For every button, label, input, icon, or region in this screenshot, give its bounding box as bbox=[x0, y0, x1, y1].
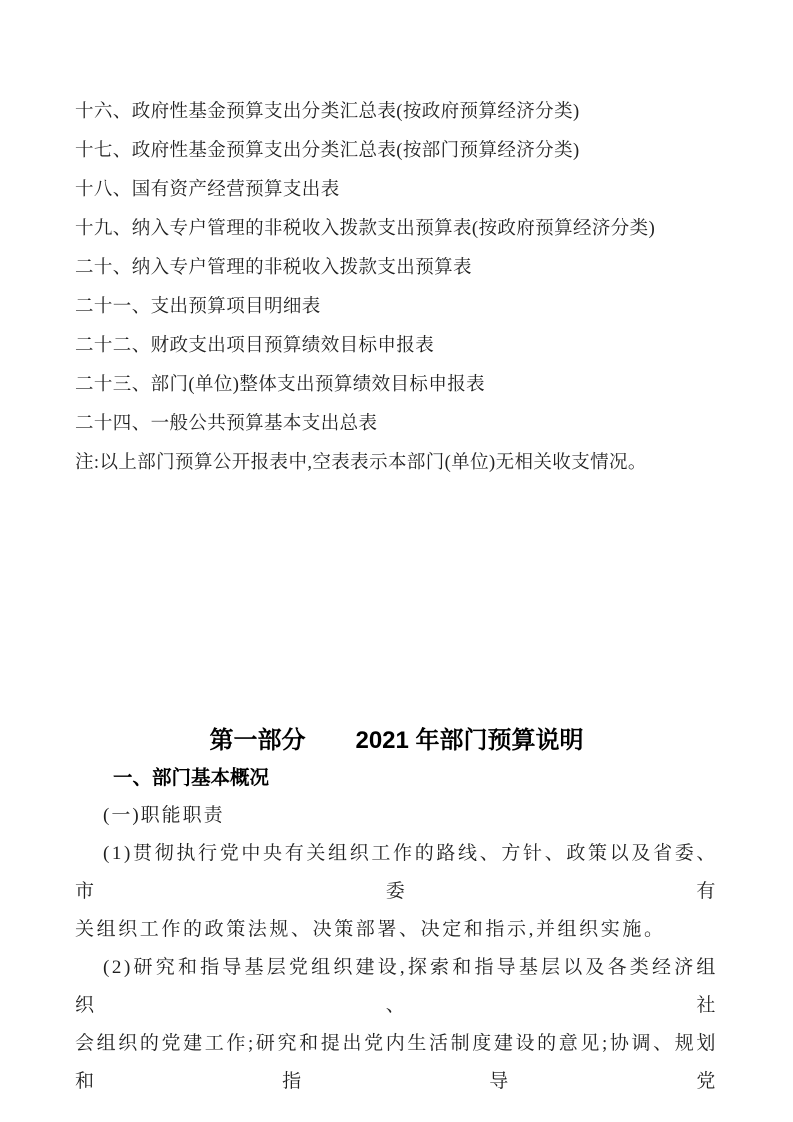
heading-duties: (一)职能职责 bbox=[75, 797, 718, 835]
section-title-part-label: 第一部分 bbox=[209, 727, 305, 754]
list-item-21: 二十一、支出预算项目明细表 bbox=[75, 288, 718, 327]
paragraph-2-line-2: 会组织的党建工作;研究和提出党内生活制度建设的意见;协调、规划和指导党 bbox=[75, 1025, 718, 1101]
document-page: 十六、政府性基金预算支出分类汇总表(按政府预算经济分类) 十七、政府性基金预算支… bbox=[0, 0, 793, 1122]
page-content: 十六、政府性基金预算支出分类汇总表(按政府预算经济分类) 十七、政府性基金预算支… bbox=[75, 0, 718, 1101]
list-item-18: 十八、国有资产经营预算支出表 bbox=[75, 171, 718, 210]
list-note: 注:以上部门预算公开报表中,空表表示本部门(单位)无相关收支情况。 bbox=[75, 444, 718, 483]
list-item-17: 十七、政府性基金预算支出分类汇总表(按部门预算经济分类) bbox=[75, 132, 718, 171]
list-item-22: 二十二、财政支出项目预算绩效目标申报表 bbox=[75, 327, 718, 366]
paragraph-2: (2)研究和指导基层党组织建设,探索和指导基层以及各类经济组织、社 会组织的党建… bbox=[75, 949, 718, 1101]
budget-table-list: 十六、政府性基金预算支出分类汇总表(按政府预算经济分类) 十七、政府性基金预算支… bbox=[75, 93, 718, 483]
paragraph-1-line-2: 关组织工作的政策法规、决策部署、决定和指示,并组织实施。 bbox=[75, 911, 718, 949]
paragraph-2-line-1: (2)研究和指导基层党组织建设,探索和指导基层以及各类经济组织、社 bbox=[75, 949, 718, 1025]
list-item-23: 二十三、部门(单位)整体支出预算绩效目标申报表 bbox=[75, 366, 718, 405]
paragraph-1-line-1: (1)贯彻执行党中央有关组织工作的路线、方针、政策以及省委、市委有 bbox=[75, 835, 718, 911]
paragraph-1: (1)贯彻执行党中央有关组织工作的路线、方针、政策以及省委、市委有 关组织工作的… bbox=[75, 835, 718, 949]
list-item-16: 十六、政府性基金预算支出分类汇总表(按政府预算经济分类) bbox=[75, 93, 718, 132]
section-title-name: 2021 年部门预算说明 bbox=[355, 727, 583, 754]
list-item-24: 二十四、一般公共预算基本支出总表 bbox=[75, 405, 718, 444]
heading-department-overview: 一、部门基本概况 bbox=[75, 759, 718, 797]
list-item-20: 二十、纳入专户管理的非税收入拨款支出预算表 bbox=[75, 249, 718, 288]
list-item-19: 十九、纳入专户管理的非税收入拨款支出预算表(按政府预算经济分类) bbox=[75, 210, 718, 249]
section-title: 第一部分2021 年部门预算说明 bbox=[75, 723, 718, 759]
